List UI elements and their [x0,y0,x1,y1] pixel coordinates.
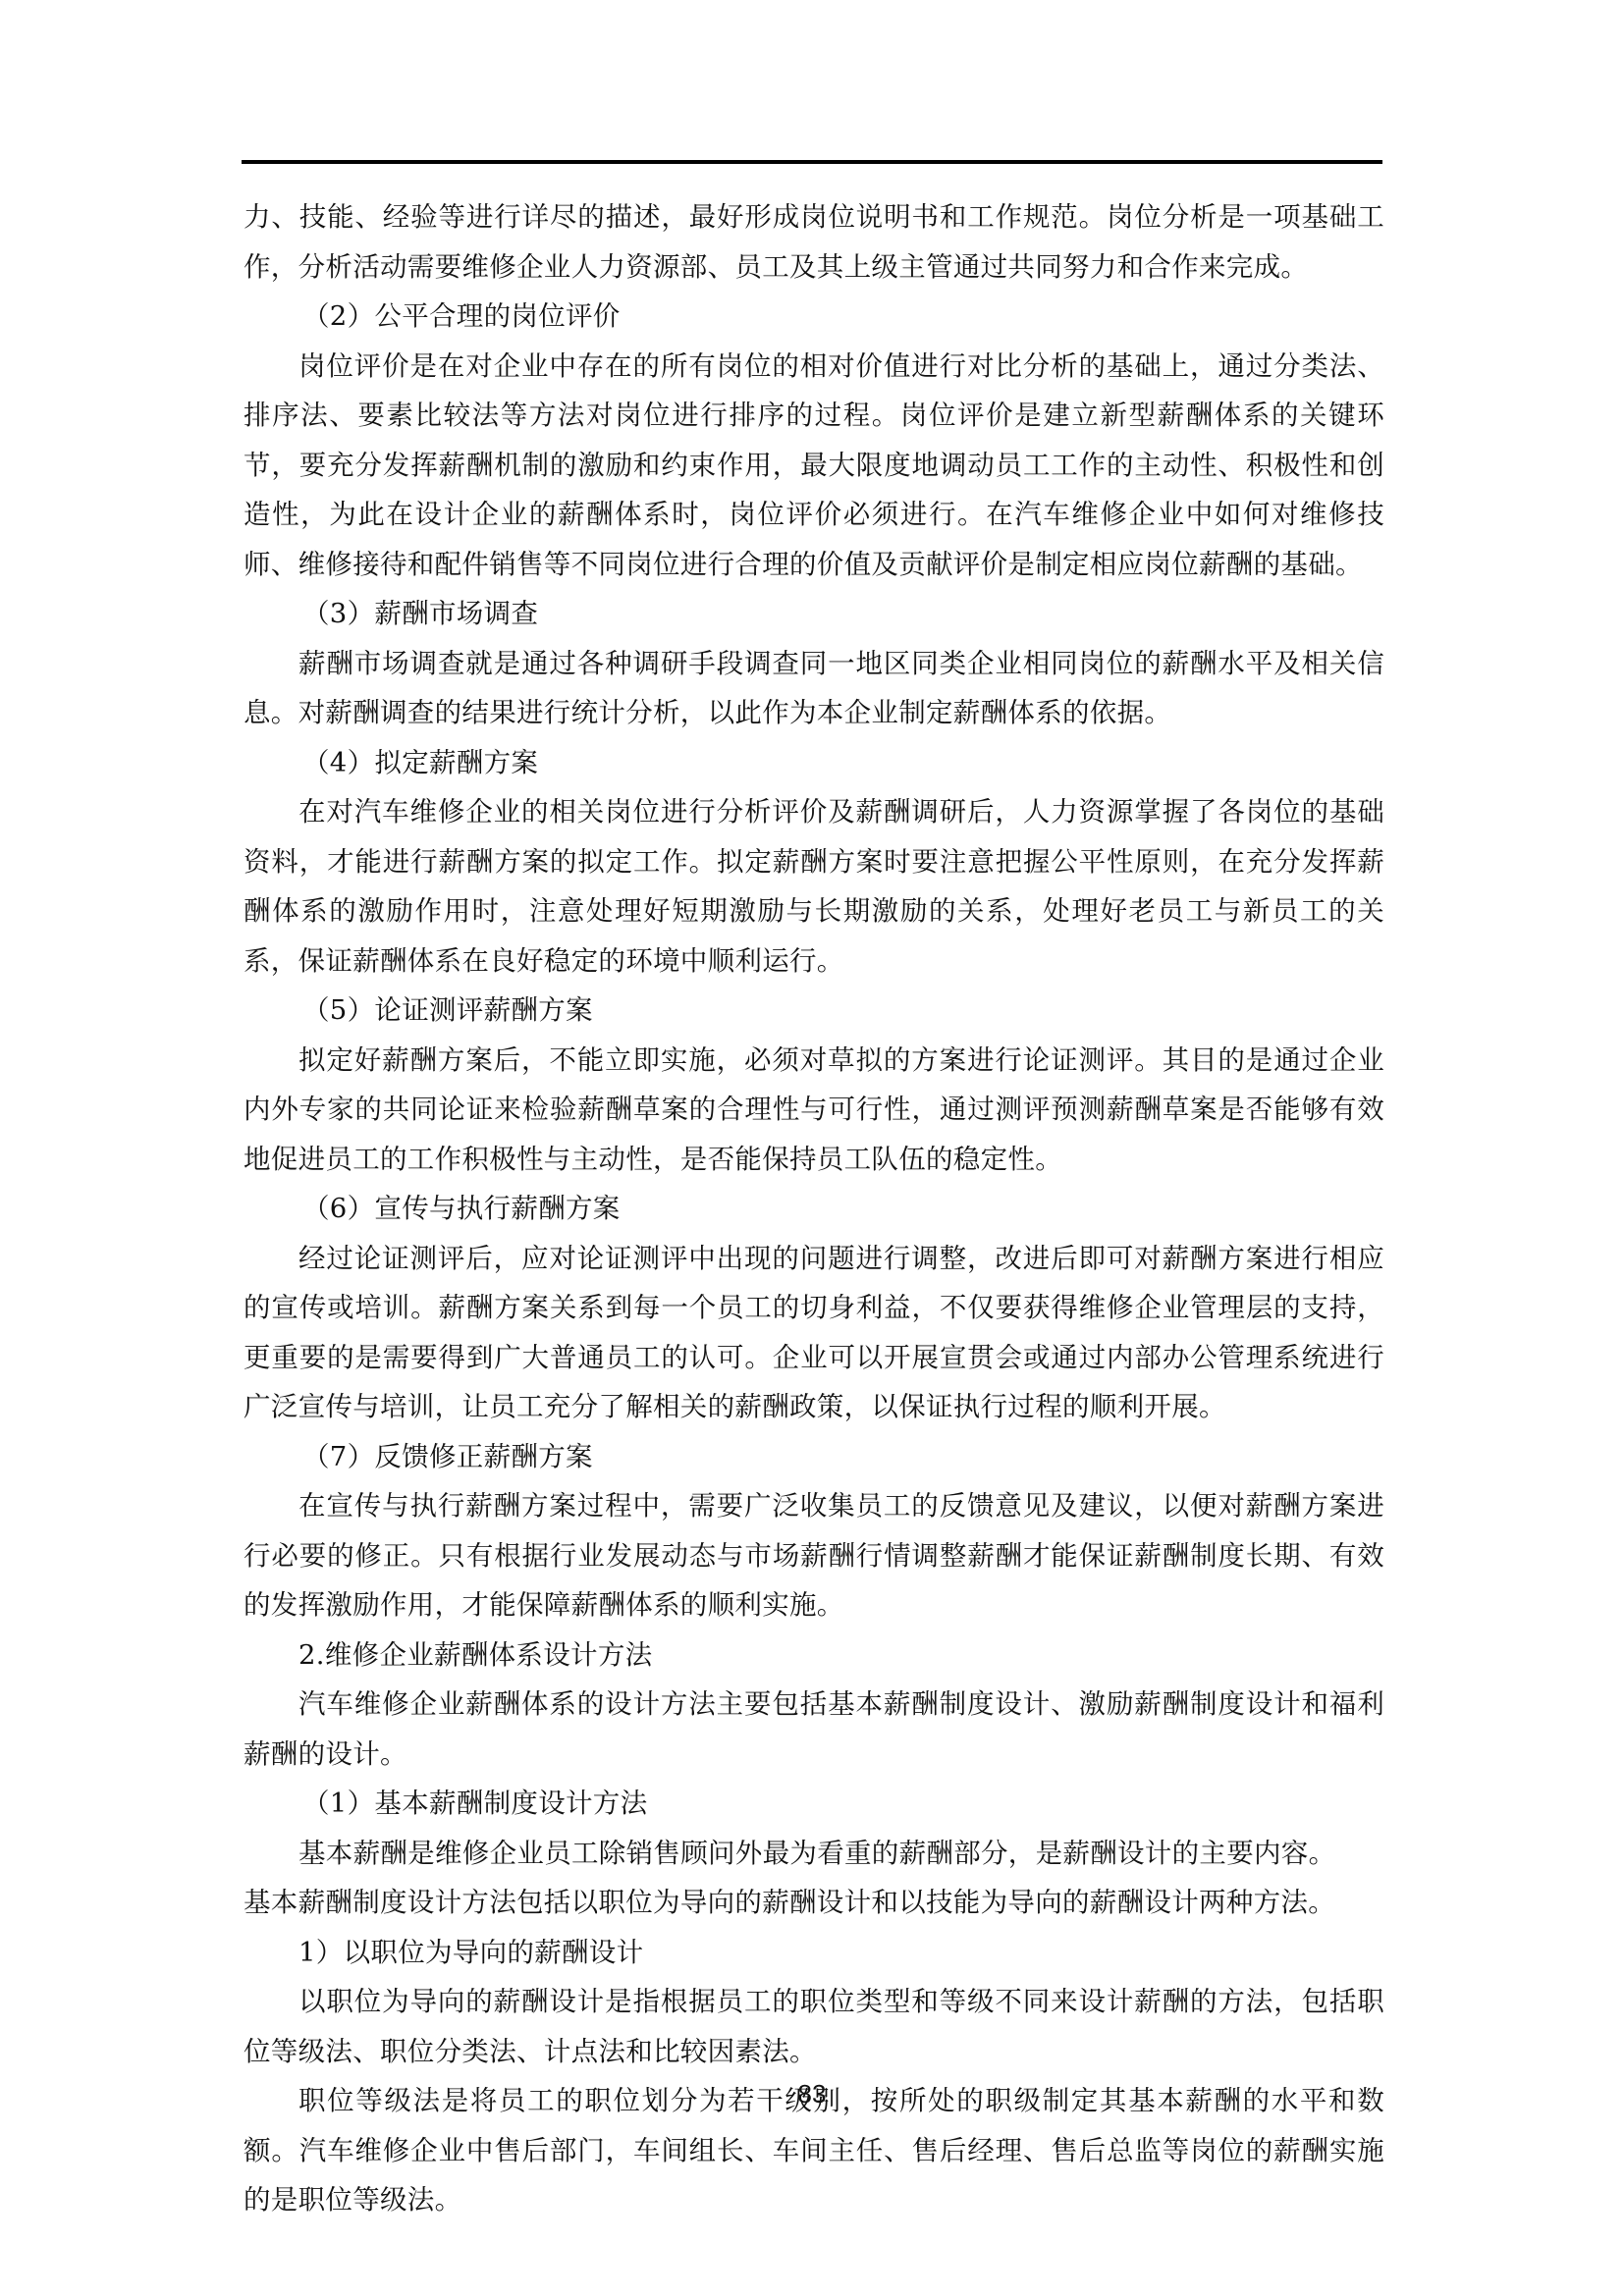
page-number: 83 [0,2079,1624,2109]
paragraph: 汽车维修企业薪酬体系的设计方法主要包括基本薪酬制度设计、激励薪酬制度设计和福利薪… [244,1680,1384,1779]
paragraph: 以职位为导向的薪酬设计是指根据员工的职位类型和等级不同来设计薪酬的方法，包括职位… [244,1977,1384,2076]
paragraph: 在宣传与执行薪酬方案过程中，需要广泛收集员工的反馈意见及建议，以便对薪酬方案进行… [244,1481,1384,1630]
body-text: 力、技能、经验等进行详尽的描述，最好形成岗位说明书和工作规范。岗位分析是一项基础… [244,192,1384,2225]
section-heading: （2）公平合理的岗位评价 [244,292,1384,342]
paragraph: 拟定好薪酬方案后，不能立即实施，必须对草拟的方案进行论证测评。其目的是通过企业内… [244,1036,1384,1185]
section-heading: 2.维修企业薪酬体系设计方法 [244,1630,1384,1681]
paragraph: 经过论证测评后，应对论证测评中出现的问题进行调整，改进后即可对薪酬方案进行相应的… [244,1234,1384,1432]
section-heading: （5）论证测评薪酬方案 [244,986,1384,1036]
subsection-heading: 1）以职位为导向的薪酬设计 [244,1928,1384,1978]
section-heading: （4）拟定薪酬方案 [244,738,1384,788]
paragraph: 力、技能、经验等进行详尽的描述，最好形成岗位说明书和工作规范。岗位分析是一项基础… [244,192,1384,292]
document-page: 力、技能、经验等进行详尽的描述，最好形成岗位说明书和工作规范。岗位分析是一项基础… [0,0,1624,2296]
section-heading: （6）宣传与执行薪酬方案 [244,1184,1384,1234]
paragraph: 岗位评价是在对企业中存在的所有岗位的相对价值进行对比分析的基础上，通过分类法、排… [244,342,1384,590]
header-rule [242,160,1382,164]
section-heading: （7）反馈修正薪酬方案 [244,1432,1384,1482]
section-heading: （1）基本薪酬制度设计方法 [244,1779,1384,1829]
section-heading: （3）薪酬市场调查 [244,589,1384,639]
paragraph: 基本薪酬是维修企业员工除销售顾问外最为看重的薪酬部分，是薪酬设计的主要内容。 [244,1829,1384,1879]
paragraph: 基本薪酬制度设计方法包括以职位为导向的薪酬设计和以技能为导向的薪酬设计两种方法。 [244,1878,1384,1928]
paragraph: 在对汽车维修企业的相关岗位进行分析评价及薪酬调研后，人力资源掌握了各岗位的基础资… [244,787,1384,986]
paragraph: 薪酬市场调查就是通过各种调研手段调查同一地区同类企业相同岗位的薪酬水平及相关信息… [244,639,1384,738]
